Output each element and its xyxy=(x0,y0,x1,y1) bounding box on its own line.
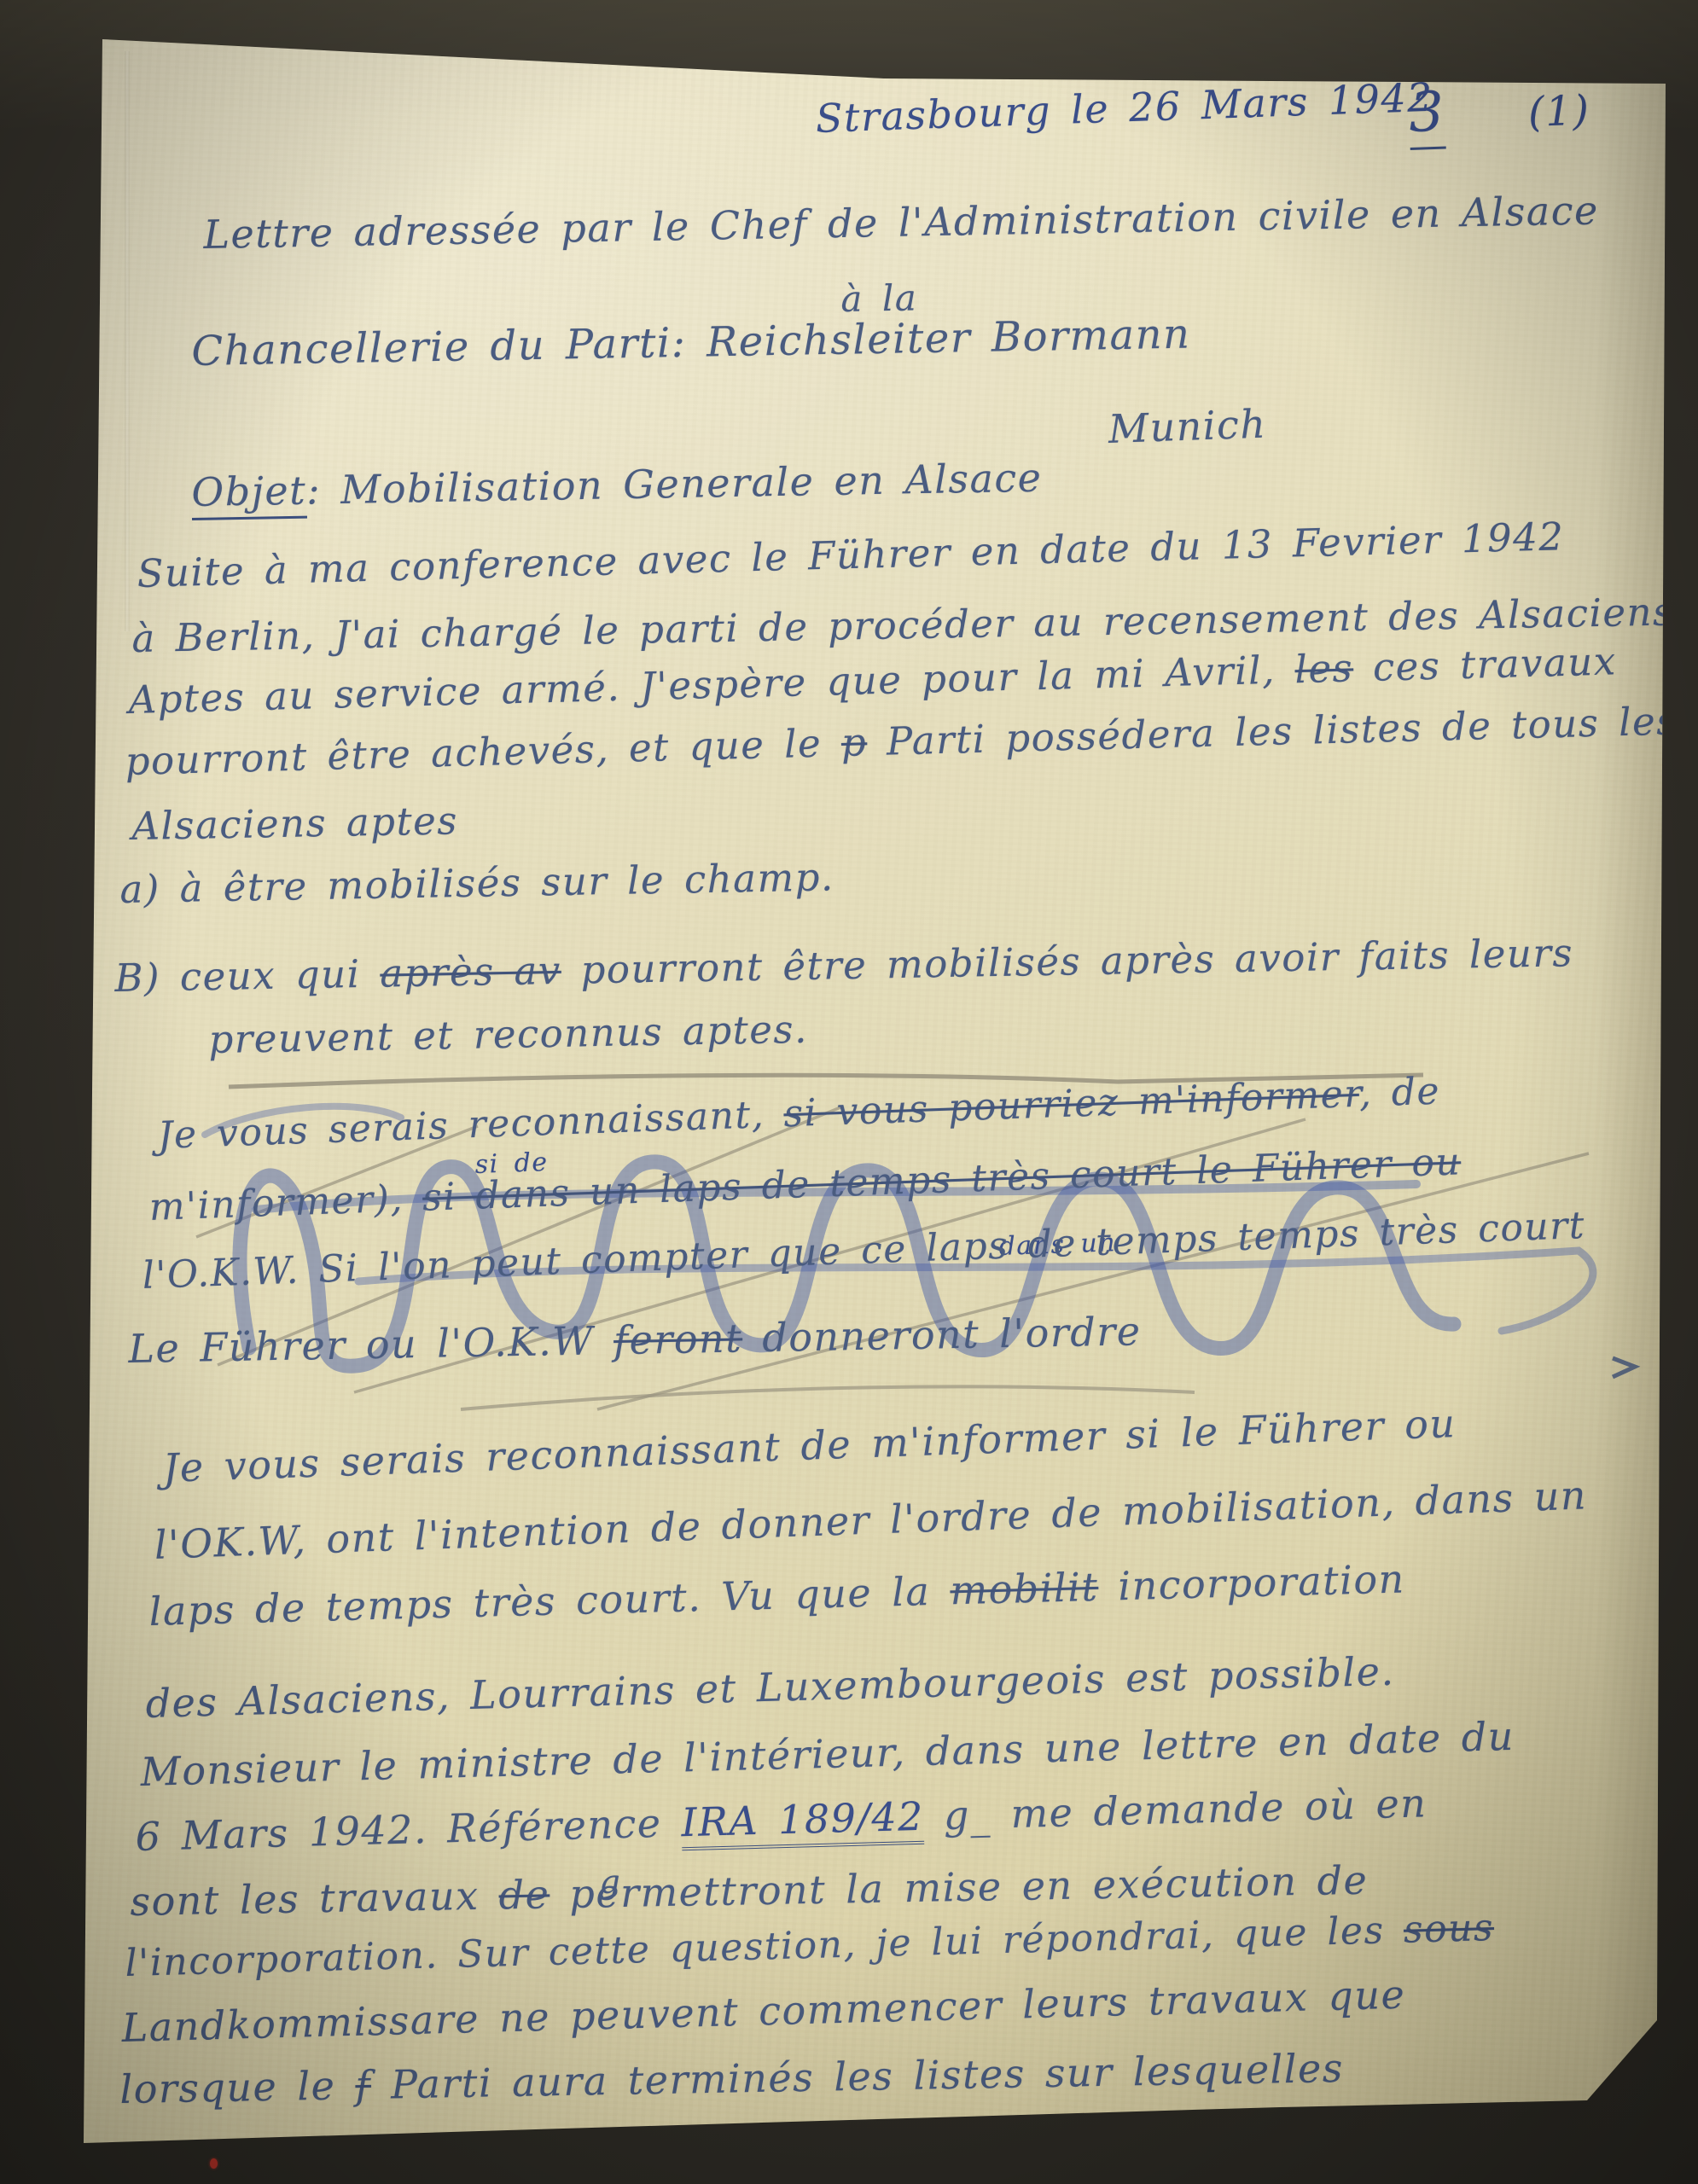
handwriting-segment: Je vous serais reconnaissant, xyxy=(157,1092,784,1158)
subject-line: Objet: Mobilisation Generale en Alsace xyxy=(191,455,1043,515)
handwriting-segment: (1) xyxy=(1527,86,1590,136)
handwriting-segment: Suite à ma conference avec le Führer en … xyxy=(137,514,1565,596)
handwriting-segment: Je vous serais reconnaissant de m'inform… xyxy=(162,1400,1457,1491)
handwriting-segment: feront xyxy=(613,1315,743,1363)
title-line-3: Chancellerie du Parti: Reichsleiter Borm… xyxy=(191,311,1191,375)
handwriting-segment: Parti possédera les listes de tous les xyxy=(867,698,1678,764)
dateline: Strasbourg le 26 Mars 1942 xyxy=(815,74,1434,142)
handwriting-segment: Chancellerie du Parti: Reichsleiter Borm… xyxy=(191,311,1191,375)
handwriting-segment: B) ceux qui xyxy=(114,951,381,1001)
page-number: 3 xyxy=(1408,81,1446,145)
handwriting-segment: g xyxy=(923,1792,970,1838)
handwriting-segment: Lettre adressée par le Chef de l'Adminis… xyxy=(203,187,1599,258)
handwriting-segment: si vous pourriez m'informer xyxy=(783,1072,1360,1136)
handwriting-segment: permettront la mise en exécution de xyxy=(550,1857,1369,1918)
photo-background: { "photo": { "background_color": "#312e2… xyxy=(0,0,1698,2184)
letter-paper: Strasbourg le 26 Mars 19423(1)Lettre adr… xyxy=(0,0,1698,2184)
handwriting-segment: Objet xyxy=(191,468,307,520)
handwriting-segment: preuvent et reconnus aptes. xyxy=(208,1007,808,1062)
handwriting-segment: Alsaciens aptes xyxy=(131,798,458,849)
handwriting-segment: si dans un laps de temps très court le F… xyxy=(422,1140,1462,1219)
handwriting-segment: Landkommissare ne peuvent commencer leur… xyxy=(121,1972,1406,2051)
body-line: des Alsaciens, Lourrains et Luxembourgeo… xyxy=(145,1648,1395,1727)
handwriting-segment: sont les travaux xyxy=(130,1872,499,1925)
body-line: Suite à ma conference avec le Führer en … xyxy=(137,514,1565,596)
body-line: Landkommissare ne peuvent commencer leur… xyxy=(121,1972,1406,2051)
paper-edge-shadow xyxy=(1596,0,1698,2184)
body-line: 6 Mars 1942. Référence IRA 189/42 g_ me … xyxy=(135,1780,1428,1860)
handwriting-segment: _ me demande où en xyxy=(969,1780,1428,1838)
handwriting-segment: Parti aura terminés les listes sur lesqu… xyxy=(370,2045,1344,2108)
handwriting-segment: lorsque le xyxy=(119,2062,356,2112)
handwriting-segment: a) à être mobilisés sur le champ. xyxy=(119,854,834,912)
handwriting-segment: f xyxy=(355,2062,371,2108)
handwriting-segment: sous xyxy=(1403,1906,1494,1952)
handwriting-segment: Aptes au service armé. J'espère que pour… xyxy=(128,647,1295,723)
page-number-secondary: (1) xyxy=(1527,86,1590,136)
paper-edge-highlight xyxy=(0,34,73,853)
handwriting-segment: , de xyxy=(1358,1070,1441,1116)
body-line: laps de temps très court. Vu que la mobi… xyxy=(148,1555,1405,1635)
handwriting-segment: laps de temps très court. Vu que la xyxy=(148,1567,951,1635)
red-speck xyxy=(210,2158,218,2169)
underline-curve xyxy=(461,1386,1195,1409)
handwriting-segment: après av xyxy=(380,948,561,996)
handwriting-segment: les xyxy=(1294,645,1354,692)
handwriting-segment: 6 Mars 1942. Référence xyxy=(135,1799,682,1860)
handwriting-segment: incorporation xyxy=(1098,1555,1406,1609)
handwriting-segment: : Mobilisation Generale en Alsace xyxy=(306,455,1043,514)
handwriting-segment: Munich xyxy=(1108,401,1267,452)
handwriting-segment: m'informer), xyxy=(148,1176,423,1229)
paper-fold-crease xyxy=(125,51,130,631)
draft-line: Je vous serais reconnaissant, si vous po… xyxy=(157,1070,1441,1158)
body-line: a) à être mobilisés sur le champ. xyxy=(119,854,834,912)
handwriting-segment: à la xyxy=(840,276,918,320)
handwriting-segment: Strasbourg le 26 Mars 1942 xyxy=(815,74,1434,142)
title-line-4: Munich xyxy=(1108,401,1267,452)
handwriting-segment: mobilit xyxy=(950,1564,1099,1614)
body-line: preuvent et reconnus aptes. xyxy=(208,1007,808,1062)
handwriting-segment: donneront l'ordre xyxy=(742,1308,1142,1361)
handwriting-segment: pourront être mobilisés après avoir fait… xyxy=(561,930,1573,993)
body-line: Je vous serais reconnaissant de m'inform… xyxy=(162,1400,1457,1491)
handwriting-segment: de xyxy=(498,1871,550,1918)
handwriting-segment: Le Führer ou l'O.K.W xyxy=(128,1317,614,1372)
body-line: lorsque le f Parti aura terminés les lis… xyxy=(119,2045,1344,2112)
handwriting-segment: des Alsaciens, Lourrains et Luxembourgeo… xyxy=(145,1648,1395,1727)
title-line-1: Lettre adressée par le Chef de l'Adminis… xyxy=(203,187,1599,258)
handwriting-segment: p xyxy=(840,719,868,765)
handwriting-segment: pourront être achevés, et que le xyxy=(125,720,842,784)
handwriting-segment: l'OK.W, ont l'intention de donner l'ordr… xyxy=(154,1472,1588,1568)
body-line: l'OK.W, ont l'intention de donner l'ordr… xyxy=(154,1472,1588,1568)
body-line: B) ceux qui après av pourront être mobil… xyxy=(114,930,1573,1001)
handwriting-segment: ces travaux xyxy=(1352,638,1617,690)
title-line-2: à la xyxy=(840,276,918,320)
draft-line: Le Führer ou l'O.K.W feront donneront l'… xyxy=(128,1308,1142,1372)
handwriting-segment: 3 xyxy=(1408,81,1446,150)
body-line: Alsaciens aptes xyxy=(131,798,458,849)
handwriting-segment: IRA 189/42 xyxy=(681,1793,925,1850)
